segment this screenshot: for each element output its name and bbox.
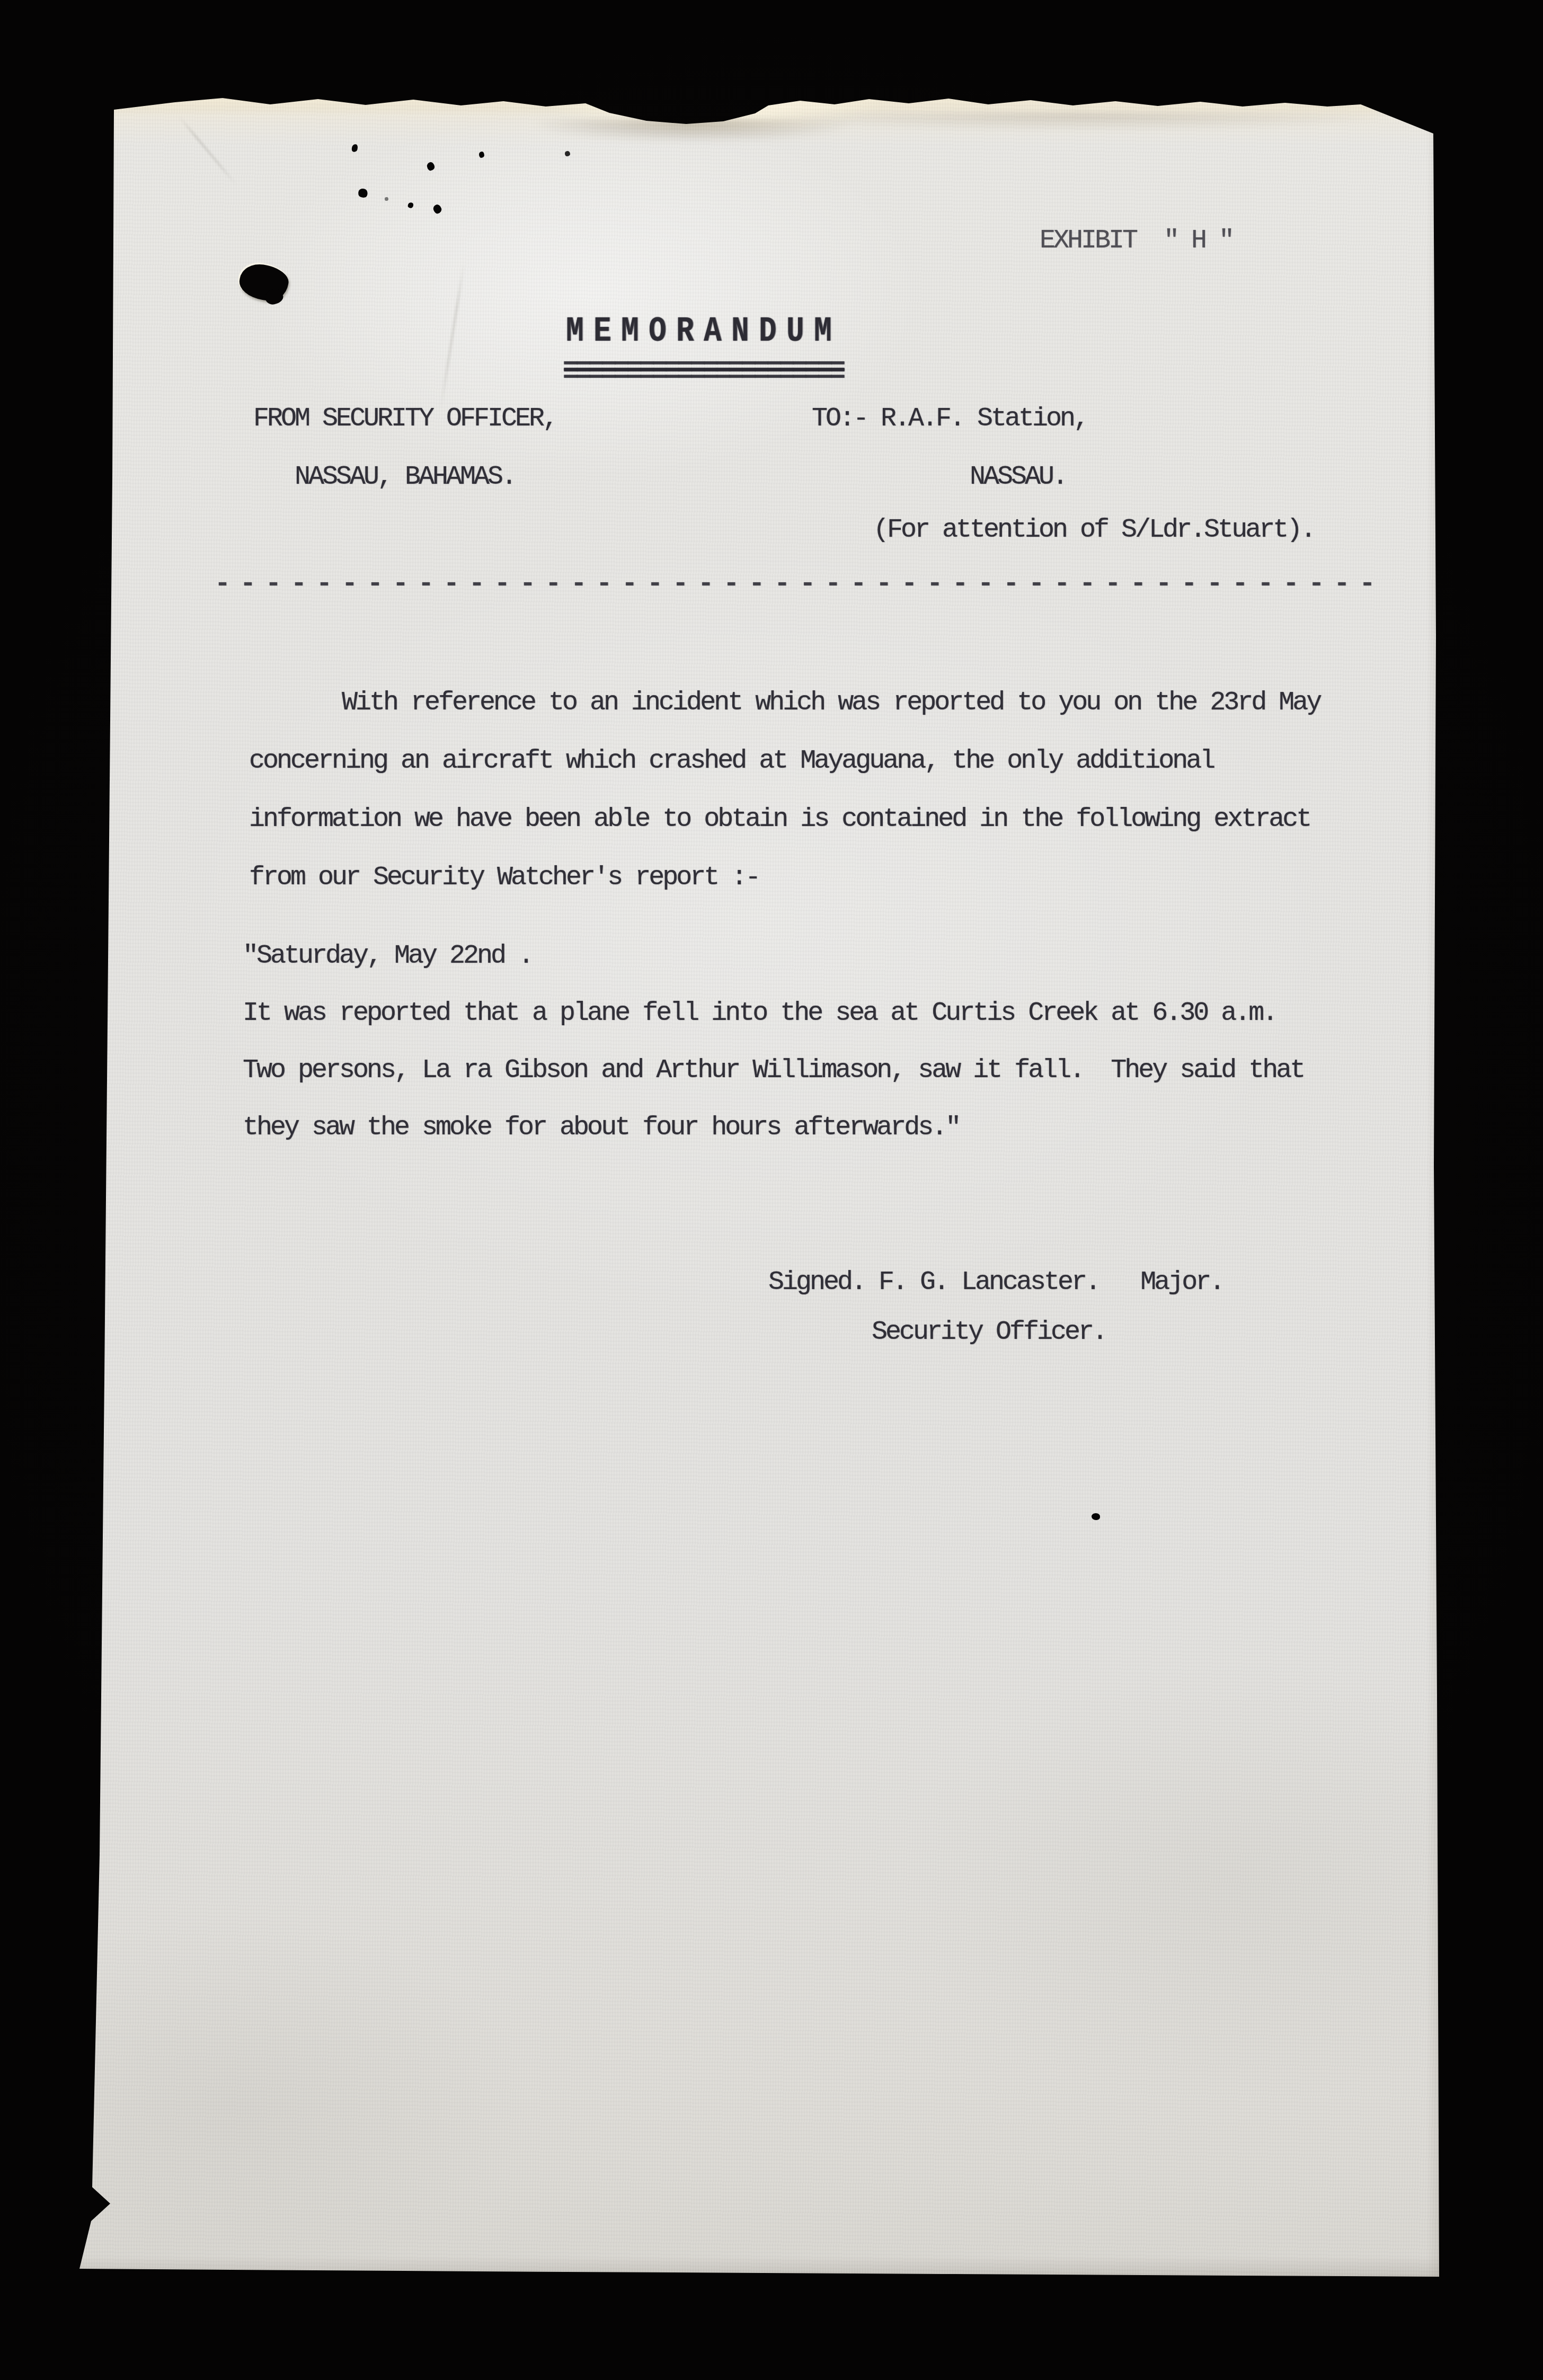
- title-underline-overstrike: ======================: [563, 362, 843, 389]
- signature-name-line: Signed. F. G. Lancaster. Major.: [768, 1269, 1223, 1296]
- pin-speck: [385, 197, 388, 201]
- scan-background: EXHIBIT " H " M E M O R A N D U M ======…: [0, 0, 1543, 2380]
- ink-dot: [1092, 1513, 1100, 1520]
- dashed-divider: - - - - - - - - - - - - - - - - - - - - …: [215, 571, 1372, 598]
- to-attention-line: (For attention of S/Ldr.Stuart).: [873, 517, 1314, 544]
- body-line-4: from our Security Watcher's report :-: [249, 865, 759, 891]
- body-line-1: With reference to an incident which was …: [342, 690, 1320, 716]
- to-line: TO:- R.A.F. Station,: [812, 406, 1087, 432]
- body-line-3: information we have been able to obtain …: [249, 806, 1310, 833]
- pin-speck: [565, 151, 570, 156]
- pin-speck: [479, 152, 484, 158]
- memo-title: M E M O R A N D U M: [566, 314, 828, 349]
- signature-title-line: Security Officer.: [872, 1319, 1106, 1346]
- to-city-line: NASSAU.: [970, 464, 1066, 491]
- quote-line-4: they saw the smoke for about four hours …: [243, 1115, 959, 1141]
- from-line: FROM SECURITY OFFICER,: [253, 406, 556, 432]
- quote-line-3: Two persons, La ra Gibson and Arthur Wil…: [243, 1058, 1303, 1084]
- quote-line-1: "Saturday, May 22nd .: [243, 943, 532, 970]
- from-city-line: NASSAU, BAHAMAS.: [295, 464, 515, 491]
- quote-line-2: It was reported that a plane fell into t…: [243, 1000, 1276, 1027]
- exhibit-label: EXHIBIT " H ": [1040, 228, 1232, 254]
- body-line-2: concerning an aircraft which crashed at …: [249, 748, 1213, 775]
